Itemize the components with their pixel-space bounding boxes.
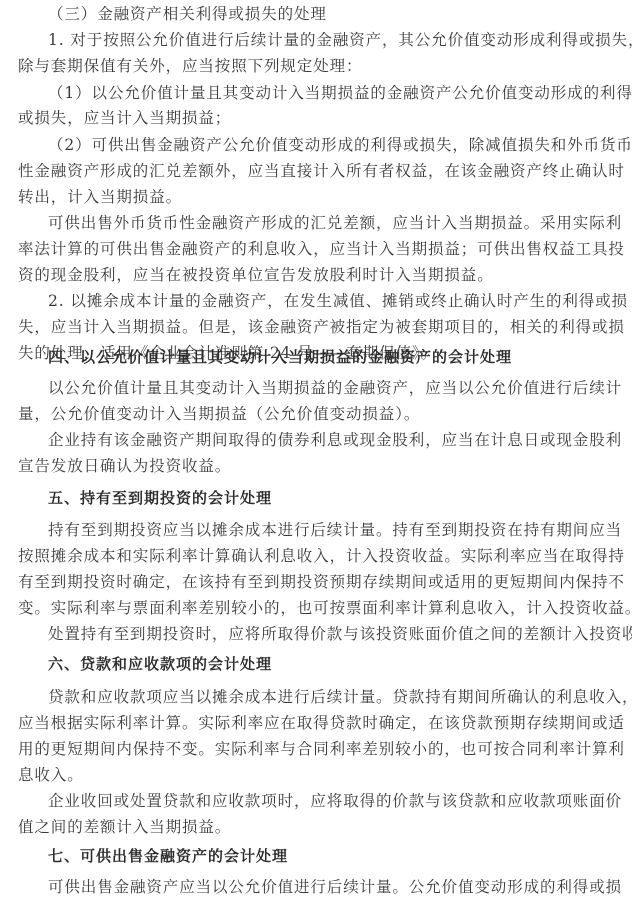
text-line: 性金融资产形成的汇兑差额外，应当直接计入所有者权益，在该金融资产终止确认时 [18,158,618,184]
text-line: 处置持有至到期投资时，应将所取得价款与该投资账面价值之间的差额计入投资收益。 [48,621,618,647]
text-line: 量，公允价值变动计入当期损益（公允价值变动损益）。 [18,401,618,427]
text-line: （三）金融资产相关利得或损失的处理 [48,1,618,27]
section-heading: 六、贷款和应收款项的会计处理 [48,651,618,677]
text-line: 宣告发放日确认为投资收益。 [18,453,618,479]
text-line: 贷款和应收款项应当以摊余成本进行后续计量。贷款持有期间所确认的利息收入， [48,684,618,710]
section-heading: 七、可供出售金融资产的会计处理 [48,843,618,869]
text-line: 用的更短期间内保持不变。实际利率与合同利率差别较小的，也可按合同利率计算利 [18,736,618,762]
text-line: 应当根据实际利率计算。实际利率应在取得贷款时确定，在该贷款预期存续期间或适 [18,710,618,736]
text-line: 或损失，应当计入当期损益； [18,105,618,131]
text-line: 企业持有该金融资产期间取得的债券利息或现金股利，应当在计息日或现金股利 [48,427,618,453]
text-line: 除与套期保值有关外，应当按照下列规定处理： [18,53,618,79]
text-line: 值之间的差额计入当期损益。 [18,814,618,840]
text-line: 企业收回或处置贷款和应收款项时，应将取得的价款与该贷款和应收款项账面价 [48,788,618,814]
text-line: 息收入。 [18,762,618,788]
text-line: 转出，计入当期损益。 [18,184,618,210]
text-line: 有至到期投资时确定，在该持有至到期投资预期存续期间或适用的更短期间内保持不 [18,569,618,595]
text-line: 失，应当计入当期损益。但是，该金融资产被指定为被套期项目的，相关的利得或损 [18,314,618,340]
text-line: 资的现金股利，应当在被投资单位宣告发放股利时计入当期损益。 [18,262,618,288]
text-line: 可供出售外币货币性金融资产形成的汇兑差额，应当计入当期损益。采用实际利 [48,210,618,236]
text-line: 变。实际利率与票面利率差别较小的，也可按票面利率计算利息收入，计入投资收益。 [18,595,618,621]
text-line: （1）以公允价值计量且其变动计入当期损益的金融资产公允价值变动形成的利得 [48,80,618,106]
text-line: 按照摊余成本和实际利率计算确认利息收入，计入投资收益。实际利率应当在取得持 [18,543,618,569]
text-line: 以公允价值计量且其变动计入当期损益的金融资产，应当以公允价值进行后续计 [48,375,618,401]
text-line: 持有至到期投资应当以摊余成本进行后续计量。持有至到期投资在持有期间应当 [48,517,618,543]
text-line: 1. 对于按照公允价值进行后续计量的金融资产，其公允价值变动形成利得或损失， [48,27,618,53]
text-line: 率法计算的可供出售金融资产的利息收入，应当计入当期损益；可供出售权益工具投 [18,236,618,262]
section-heading: 四、以公允价值计量且其变动计入当期损益的金融资产的会计处理 [48,344,618,370]
section-heading: 五、持有至到期投资的会计处理 [48,485,618,511]
text-line: （2）可供出售金融资产公允价值变动形成的利得或损失，除减值损失和外币货币 [48,132,618,158]
text-line: 可供出售金融资产应当以公允价值进行后续计量。公允价值变动形成的利得或损 [48,874,618,898]
text-line: 2. 以摊余成本计量的金融资产，在发生减值、摊销或终止确认时产生的利得或损 [48,288,618,314]
